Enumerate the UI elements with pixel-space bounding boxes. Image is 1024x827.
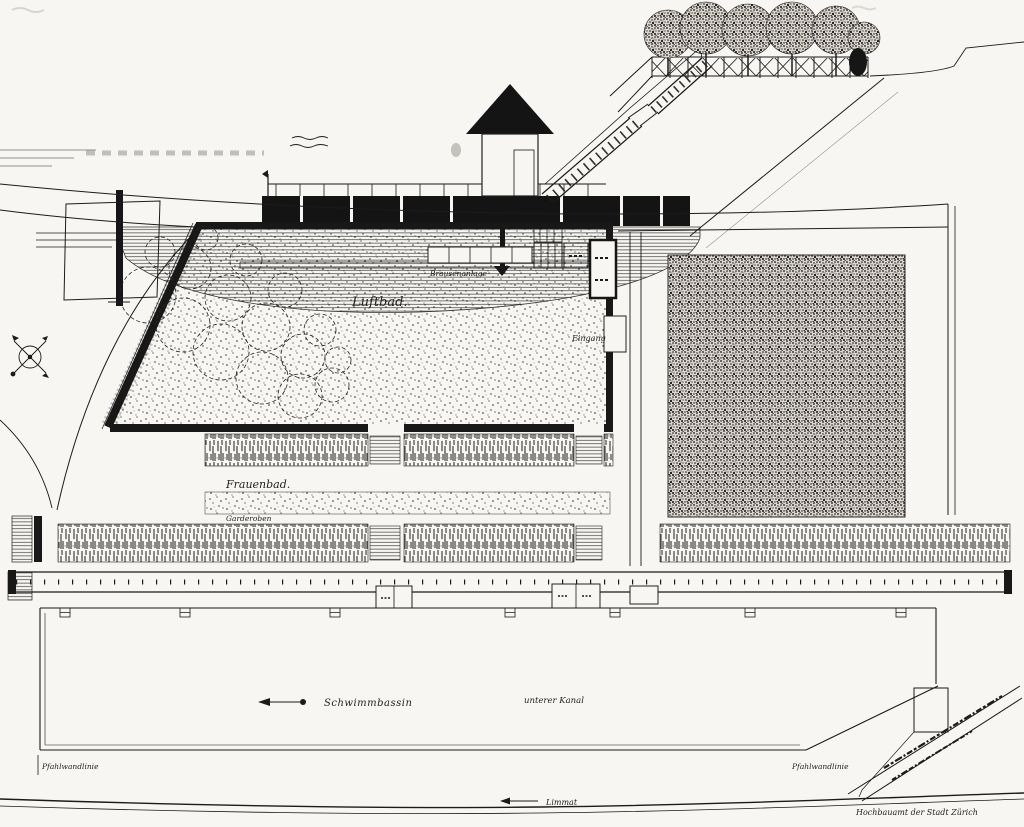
fence-descent — [610, 57, 652, 112]
shower-cabins — [428, 247, 532, 263]
label-limmat: Limmat — [545, 798, 578, 807]
luftbad-area: Eingang Brausenanlage Luftbad. — [102, 222, 626, 432]
stamp-label: Hochbauamt der Stadt Zürich — [855, 808, 978, 817]
stairs — [370, 436, 400, 464]
wc-room — [590, 240, 616, 298]
water-level-lines — [36, 233, 118, 247]
entrance-vestibule — [604, 316, 626, 352]
compass-north-arrow — [12, 335, 19, 341]
quay-curve-inner — [0, 420, 52, 508]
label-luftbad: Luftbad. — [351, 295, 408, 310]
stairs — [576, 436, 602, 464]
top-fence — [610, 57, 868, 112]
label-pfahlwandlinie-rechts: Pfahlwandlinie — [791, 762, 849, 771]
left-wall-slab — [34, 516, 42, 562]
plan-drawing: Eingang Brausenanlage Luftbad. — [0, 0, 1024, 827]
garderoben-band — [8, 516, 1010, 600]
illegible-section-note — [290, 137, 328, 148]
railing-flag — [262, 170, 268, 178]
stairs — [370, 526, 400, 560]
luftbad-right-wall-lower — [606, 350, 613, 428]
leader-line — [859, 732, 914, 797]
section-quay-wall — [116, 190, 123, 306]
site-plan-scan: Eingang Brausenanlage Luftbad. — [0, 0, 1024, 827]
pier-room-c — [630, 586, 658, 604]
hut-roof — [466, 84, 554, 134]
label-eingang: Eingang — [571, 334, 606, 343]
railing-posts — [276, 184, 588, 196]
section-trees — [644, 2, 880, 58]
ground-line-right — [870, 42, 1024, 76]
slope-line — [690, 78, 884, 236]
pencil-smudge — [852, 7, 876, 10]
luftbad-bottom-wall-b — [404, 424, 574, 432]
compass-rose — [11, 335, 49, 378]
swimming-basin: Schwimmbassin unterer Kanal — [40, 608, 938, 750]
boundary-diagonals — [848, 686, 1022, 801]
bush — [849, 48, 867, 76]
pencil-smudge — [12, 8, 44, 12]
basin-outline — [40, 608, 938, 750]
shore-lines: Limmat Pfahlwandlinie Pfahlwandlinie — [0, 755, 1024, 814]
planting-band-a — [205, 434, 613, 466]
left-bank-lines — [0, 150, 96, 166]
hut-walls — [482, 134, 538, 196]
paper-smudge — [451, 143, 461, 157]
stairs — [576, 526, 602, 560]
label-frauenbad: Frauenbad. — [225, 478, 290, 491]
label-unterer-kanal: unterer Kanal — [524, 696, 584, 706]
diagonal-annotation — [848, 686, 1022, 801]
street-edge-lower-left — [0, 210, 196, 227]
section-deck — [262, 196, 690, 226]
left-stairs — [12, 516, 32, 562]
label-garderoben: Garderoben — [226, 514, 272, 523]
basin-ladders — [60, 608, 906, 617]
label-brausenanlage: Brausenanlage — [429, 269, 487, 278]
pier-boardwalk — [8, 570, 1012, 608]
gravel-court — [630, 232, 905, 566]
frauenbad-strip — [205, 492, 610, 514]
luftbad-bottom-wall-a — [110, 424, 368, 432]
label-pfahlwandlinie-links: Pfahlwandlinie — [41, 762, 99, 771]
label-schwimmbassin: Schwimmbassin — [324, 698, 412, 709]
